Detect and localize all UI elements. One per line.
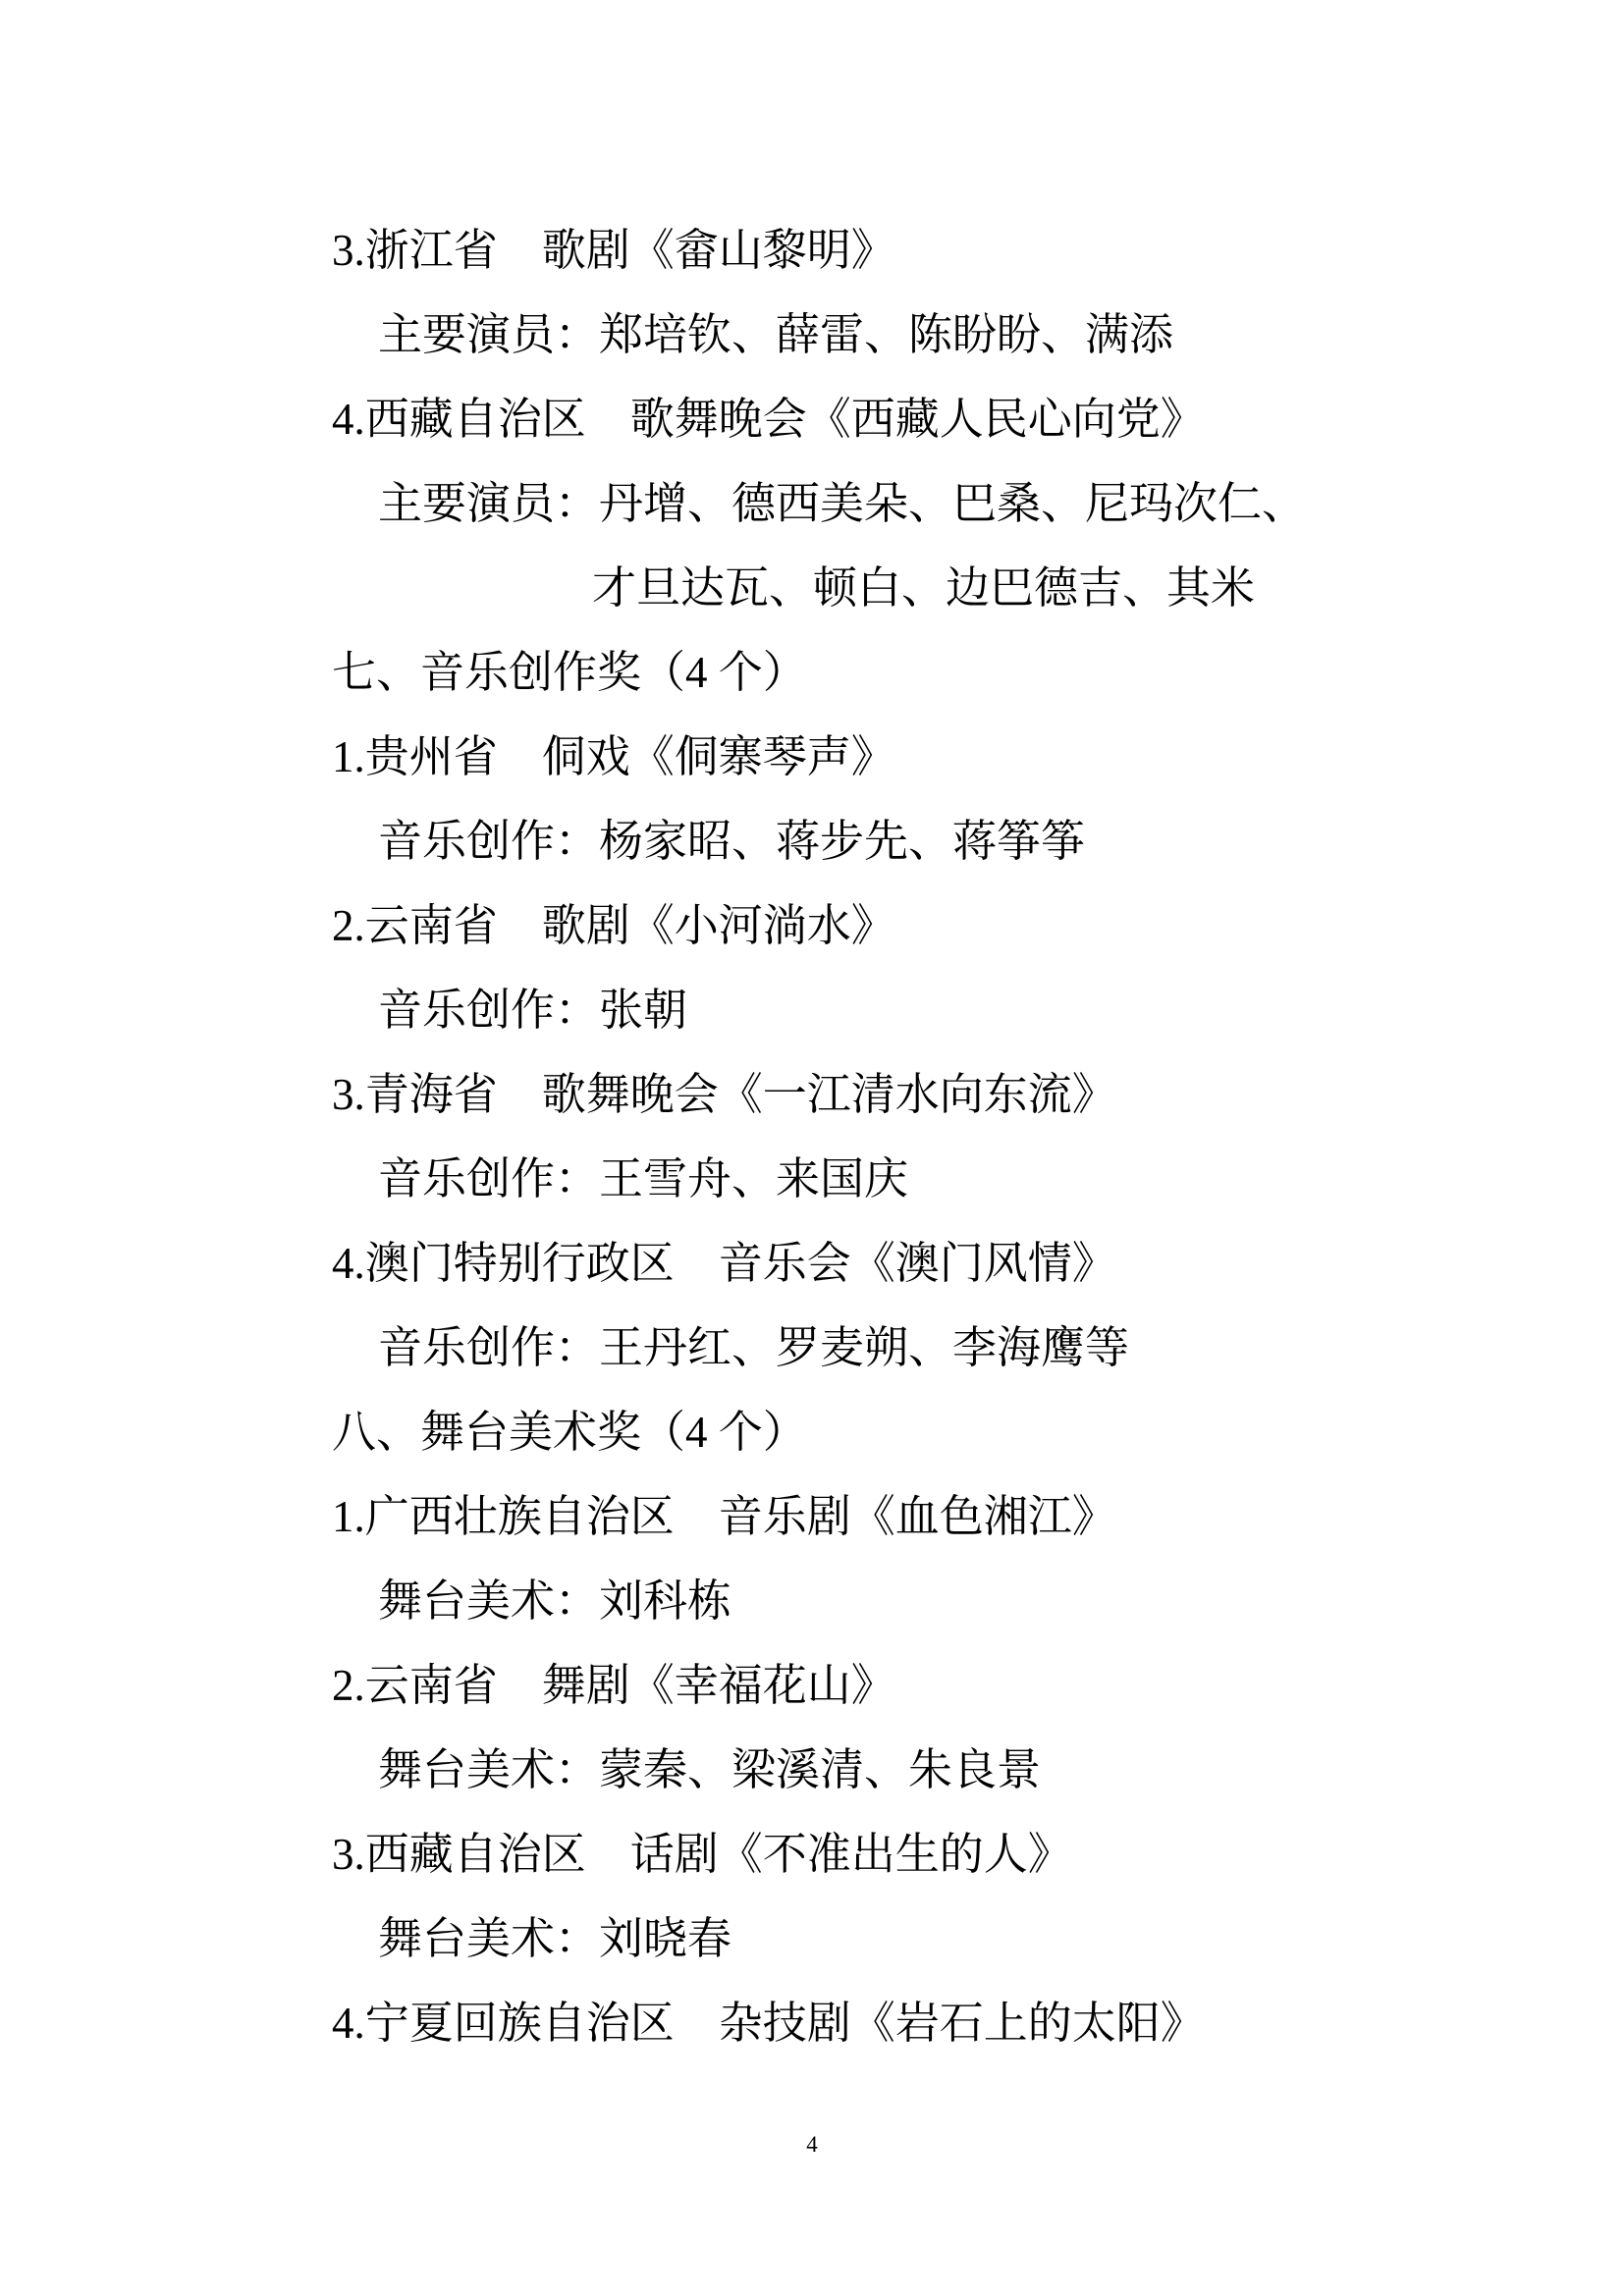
text-line: 1.广西壮族自治区 音乐剧《血色湘江》 [332, 1474, 1608, 1559]
text-line: 舞台美术：蒙秦、梁溪清、朱良景 [378, 1728, 1608, 1812]
text-line: 4.西藏自治区 歌舞晚会《西藏人民心向党》 [332, 377, 1608, 461]
text-line: 主要演员：丹增、德西美朵、巴桑、尼玛次仁、 [378, 461, 1608, 546]
text-line: 音乐创作：王雪舟、来国庆 [378, 1137, 1608, 1221]
document-body: 3.浙江省 歌剧《畲山黎明》主要演员：郑培钦、薛雷、陈盼盼、满添4.西藏自治区 … [332, 208, 1608, 2065]
text-line: 音乐创作：张朝 [378, 968, 1608, 1052]
text-line: 舞台美术：刘科栋 [378, 1559, 1608, 1643]
document-page: 3.浙江省 歌剧《畲山黎明》主要演员：郑培钦、薛雷、陈盼盼、满添4.西藏自治区 … [0, 0, 1624, 2296]
text-line: 2.云南省 歌剧《小河淌水》 [332, 883, 1608, 968]
text-line: 主要演员：郑培钦、薛雷、陈盼盼、满添 [378, 293, 1608, 377]
text-line: 2.云南省 舞剧《幸福花山》 [332, 1643, 1608, 1728]
text-line: 才旦达瓦、顿白、边巴德吉、其米 [592, 546, 1608, 630]
text-line: 4.澳门特别行政区 音乐会《澳门风情》 [332, 1221, 1608, 1306]
text-line: 3.浙江省 歌剧《畲山黎明》 [332, 208, 1608, 293]
text-line: 3.青海省 歌舞晚会《一江清水向东流》 [332, 1052, 1608, 1137]
text-line: 七、音乐创作奖（4 个） [332, 630, 1608, 715]
text-line: 4.宁夏回族自治区 杂技剧《岩石上的太阳》 [332, 1981, 1608, 2065]
text-line: 舞台美术：刘晓春 [378, 1896, 1608, 1981]
page-number: 4 [0, 2130, 1624, 2160]
text-line: 3.西藏自治区 话剧《不准出生的人》 [332, 1812, 1608, 1896]
text-line: 音乐创作：杨家昭、蒋步先、蒋筝筝 [378, 799, 1608, 883]
text-line: 1.贵州省 侗戏《侗寨琴声》 [332, 715, 1608, 799]
text-line: 八、舞台美术奖（4 个） [332, 1390, 1608, 1474]
text-line: 音乐创作：王丹红、罗麦朔、李海鹰等 [378, 1306, 1608, 1390]
